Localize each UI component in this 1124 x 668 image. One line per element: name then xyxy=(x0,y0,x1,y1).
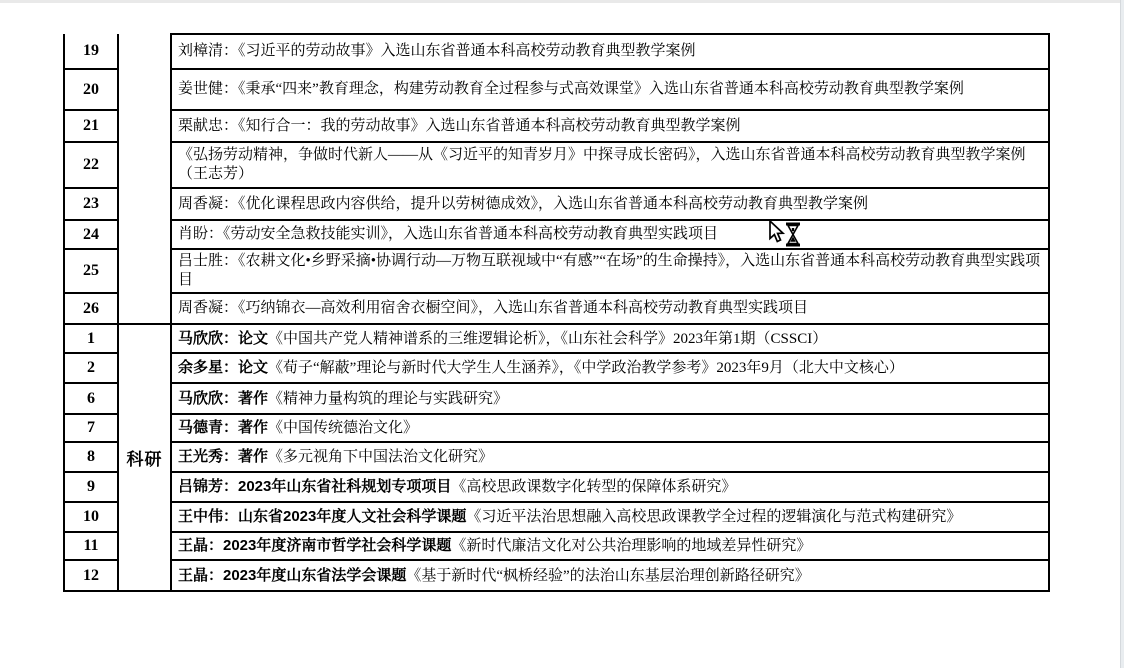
table-row: 26周香凝：《巧纳锦衣—高效利用宿舍衣橱空间》，入选山东省普通本科高校劳动教育典… xyxy=(64,293,1049,324)
table-row: 7马德青：著作《中国传统德治文化》 xyxy=(64,414,1049,442)
entry-text-cell: 周香凝：《巧纳锦衣—高效利用宿舍衣橱空间》，入选山东省普通本科高校劳动教育典型实… xyxy=(171,293,1049,324)
achievements-table-body: 19刘樟清：《习近平的劳动故事》入选山东省普通本科高校劳动教育典型教学案例20姜… xyxy=(64,34,1049,591)
table-row: 23周香凝：《优化课程思政内容供给，提升以劳树德成效》，入选山东省普通本科高校劳… xyxy=(64,188,1049,220)
entry-text-cell: 吕锦芳：2023年山东省社科规划专项项目《高校思政课数字化转型的保障体系研究》 xyxy=(171,472,1049,502)
entry-prefix: 马德青：著作 xyxy=(178,419,268,436)
table-row: 9吕锦芳：2023年山东省社科规划专项项目《高校思政课数字化转型的保障体系研究》 xyxy=(64,472,1049,502)
achievements-table: 19刘樟清：《习近平的劳动故事》入选山东省普通本科高校劳动教育典型教学案例20姜… xyxy=(63,33,1050,592)
row-number-cell: 23 xyxy=(64,188,118,220)
table-row: 22《弘扬劳动精神，争做时代新人——从《习近平的知青岁月》中探寻成长密码》，入选… xyxy=(64,142,1049,188)
entry-text-cell: 王晶：2023年度济南市哲学社会科学课题《新时代廉洁文化对公共治理影响的地域差异… xyxy=(171,532,1049,560)
row-number-cell: 6 xyxy=(64,383,118,414)
entry-text: 栗献忠：《知行合一：我的劳动故事》入选山东省普通本科高校劳动教育典型教学案例 xyxy=(178,118,741,134)
entry-prefix: 王晶：2023年度山东省法学会课题 xyxy=(178,567,406,584)
document-page: { "page": { "background": "#ffffff", "to… xyxy=(0,0,1124,668)
table-row: 19刘樟清：《习近平的劳动故事》入选山东省普通本科高校劳动教育典型教学案例 xyxy=(64,34,1049,69)
table-row: 10王中伟：山东省2023年度人文社会科学课题《习近平法治思想融入高校思政课教学… xyxy=(64,502,1049,532)
entry-text: 《中国传统德治文化》 xyxy=(268,420,418,436)
row-number-cell: 20 xyxy=(64,69,118,110)
entry-text: 《荀子“解蔽”理论与新时代大学生人生涵养》，《中学政治教学参考》2023年9月（… xyxy=(268,360,904,376)
entry-text-cell: 王光秀：著作《多元视角下中国法治文化研究》 xyxy=(171,442,1049,472)
table-row: 24肖盼：《劳动安全急救技能实训》，入选山东省普通本科高校劳动教育典型实践项目 xyxy=(64,220,1049,249)
entry-prefix: 王光秀：著作 xyxy=(178,448,268,465)
entry-text-cell: 马欣欣：著作《精神力量构筑的理论与实践研究》 xyxy=(171,383,1049,414)
entry-text: 吕士胜：《农耕文化•乡野采摘•协调行动—万物互联视域中“有感”“在场”的生命操持… xyxy=(178,253,1040,288)
entry-text-cell: 余多星：论文《荀子“解蔽”理论与新时代大学生人生涵养》，《中学政治教学参考》20… xyxy=(171,353,1049,383)
entry-text: 周香凝：《巧纳锦衣—高效利用宿舍衣橱空间》，入选山东省普通本科高校劳动教育典型实… xyxy=(178,300,808,316)
category-cell xyxy=(118,34,171,324)
row-number-cell: 19 xyxy=(64,34,118,69)
entry-text: 《新时代廉洁文化对公共治理影响的地域差异性研究》 xyxy=(451,538,811,554)
entry-text: 刘樟清：《习近平的劳动故事》入选山东省普通本科高校劳动教育典型教学案例 xyxy=(178,43,696,59)
entry-text-cell: 栗献忠：《知行合一：我的劳动故事》入选山东省普通本科高校劳动教育典型教学案例 xyxy=(171,110,1049,142)
table-container: 19刘樟清：《习近平的劳动故事》入选山东省普通本科高校劳动教育典型教学案例20姜… xyxy=(63,33,1050,592)
table-row: 21栗献忠：《知行合一：我的劳动故事》入选山东省普通本科高校劳动教育典型教学案例 xyxy=(64,110,1049,142)
table-row: 20姜世健：《秉承“四来”教育理念，构建劳动教育全过程参与式高效课堂》入选山东省… xyxy=(64,69,1049,110)
entry-prefix: 马欣欣：著作 xyxy=(178,390,268,407)
entry-text-cell: 王中伟：山东省2023年度人文社会科学课题《习近平法治思想融入高校思政课教学全过… xyxy=(171,502,1049,532)
entry-text: 肖盼：《劳动安全急救技能实训》，入选山东省普通本科高校劳动教育典型实践项目 xyxy=(178,226,718,242)
table-row: 8王光秀：著作《多元视角下中国法治文化研究》 xyxy=(64,442,1049,472)
table-row: 6马欣欣：著作《精神力量构筑的理论与实践研究》 xyxy=(64,383,1049,414)
entry-text: 《基于新时代“枫桥经验”的法治山东基层治理创新路径研究》 xyxy=(406,568,809,584)
table-row: 2余多星：论文《荀子“解蔽”理论与新时代大学生人生涵养》，《中学政治教学参考》2… xyxy=(64,353,1049,383)
row-number-cell: 26 xyxy=(64,293,118,324)
top-edge-strip xyxy=(0,0,1124,3)
entry-text-cell: 姜世健：《秉承“四来”教育理念，构建劳动教育全过程参与式高效课堂》入选山东省普通… xyxy=(171,69,1049,110)
entry-text: 《弘扬劳动精神，争做时代新人——从《习近平的知青岁月》中探寻成长密码》，入选山东… xyxy=(178,147,1026,182)
entry-prefix: 吕锦芳：2023年山东省社科规划专项项目 xyxy=(178,478,451,495)
row-number-cell: 22 xyxy=(64,142,118,188)
entry-text: 姜世健：《秉承“四来”教育理念，构建劳动教育全过程参与式高效课堂》入选山东省普通… xyxy=(178,81,964,97)
entry-text: 《习近平法治思想融入高校思政课教学全过程的逻辑演化与范式构建研究》 xyxy=(466,509,961,525)
entry-text: 《高校思政课数字化转型的保障体系研究》 xyxy=(451,479,736,495)
row-number-cell: 2 xyxy=(64,353,118,383)
entry-text-cell: 吕士胜：《农耕文化•乡野采摘•协调行动—万物互联视域中“有感”“在场”的生命操持… xyxy=(171,249,1049,293)
row-number-cell: 24 xyxy=(64,220,118,249)
row-number-cell: 1 xyxy=(64,324,118,353)
entry-text: 周香凝：《优化课程思政内容供给，提升以劳树德成效》，入选山东省普通本科高校劳动教… xyxy=(178,196,868,212)
row-number-cell: 10 xyxy=(64,502,118,532)
entry-prefix: 王晶：2023年度济南市哲学社会科学课题 xyxy=(178,537,451,554)
row-number-cell: 21 xyxy=(64,110,118,142)
entry-text-cell: 周香凝：《优化课程思政内容供给，提升以劳树德成效》，入选山东省普通本科高校劳动教… xyxy=(171,188,1049,220)
row-number-cell: 8 xyxy=(64,442,118,472)
row-number-cell: 11 xyxy=(64,532,118,560)
row-number-cell: 7 xyxy=(64,414,118,442)
entry-text-cell: 马欣欣：论文《中国共产党人精神谱系的三维逻辑论析》，《山东社会科学》2023年第… xyxy=(171,324,1049,353)
table-row: 12王晶：2023年度山东省法学会课题《基于新时代“枫桥经验”的法治山东基层治理… xyxy=(64,560,1049,591)
mouse-pointer-icon xyxy=(770,221,783,242)
busy-cursor-icon xyxy=(767,220,803,249)
entry-text-cell: 刘樟清：《习近平的劳动故事》入选山东省普通本科高校劳动教育典型教学案例 xyxy=(171,34,1049,69)
row-number-cell: 9 xyxy=(64,472,118,502)
hourglass-icon xyxy=(786,223,800,247)
entry-prefix: 马欣欣：论文 xyxy=(178,330,268,347)
entry-prefix: 王中伟：山东省2023年度人文社会科学课题 xyxy=(178,508,466,525)
entry-text-cell: 马德青：著作《中国传统德治文化》 xyxy=(171,414,1049,442)
row-number-cell: 12 xyxy=(64,560,118,591)
table-row: 25吕士胜：《农耕文化•乡野采摘•协调行动—万物互联视域中“有感”“在场”的生命… xyxy=(64,249,1049,293)
entry-text: 《精神力量构筑的理论与实践研究》 xyxy=(268,391,508,407)
entry-text: 《多元视角下中国法治文化研究》 xyxy=(268,449,493,465)
entry-text: 《中国共产党人精神谱系的三维逻辑论析》，《山东社会科学》2023年第1期（CSS… xyxy=(268,331,827,347)
entry-text-cell: 肖盼：《劳动安全急救技能实训》，入选山东省普通本科高校劳动教育典型实践项目 xyxy=(171,220,1049,249)
table-row: 11王晶：2023年度济南市哲学社会科学课题《新时代廉洁文化对公共治理影响的地域… xyxy=(64,532,1049,560)
table-row: 1科研马欣欣：论文《中国共产党人精神谱系的三维逻辑论析》，《山东社会科学》202… xyxy=(64,324,1049,353)
entry-text-cell: 《弘扬劳动精神，争做时代新人——从《习近平的知青岁月》中探寻成长密码》，入选山东… xyxy=(171,142,1049,188)
entry-text-cell: 王晶：2023年度山东省法学会课题《基于新时代“枫桥经验”的法治山东基层治理创新… xyxy=(171,560,1049,591)
category-cell: 科研 xyxy=(118,324,171,591)
entry-prefix: 余多星：论文 xyxy=(178,359,268,376)
page-right-gutter xyxy=(1120,0,1124,668)
row-number-cell: 25 xyxy=(64,249,118,293)
